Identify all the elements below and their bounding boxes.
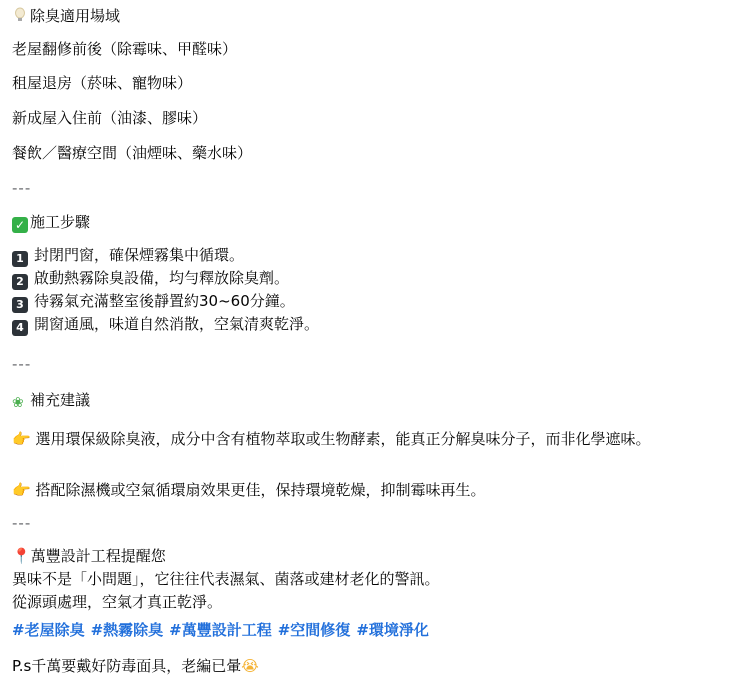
lightbulb-icon [12,7,28,23]
scenario-item: 餐飲／醫療空間（油煙味、藥水味） [12,143,252,163]
scenario-item: 老屋翻修前後（除霉味、甲醛味） [12,39,237,59]
pin-icon: 📍 [12,547,31,565]
hashtag-link[interactable]: #熱霧除臭 [91,621,164,639]
tips-heading: ❀補充建議 [12,390,90,410]
hashtag-link[interactable]: #環境淨化 [356,621,429,639]
scenario-item: 新成屋入住前（油漆、膠味） [12,108,207,128]
separator: --- [12,513,31,533]
separator: --- [12,178,31,198]
herb-icon: ❀ [12,393,28,409]
hashtag-link[interactable]: #老屋除臭 [12,621,85,639]
steps-heading: ✓施工步驟 [12,212,90,233]
check-mark-icon: ✓ [12,217,28,233]
step-item: 1封閉門窗，確保煙霧集中循環。 [12,245,244,267]
tip-item: 👉 搭配除濕機或空氣循環扇效果更佳，保持環境乾燥，抑制霉味再生。 [12,480,485,500]
number-4-icon: 4 [12,320,28,336]
hashtags: #老屋除臭#熱霧除臭#萬豐設計工程#空間修復#環境淨化 [12,620,435,640]
reminder-heading: 📍萬豐設計工程提醒您 [12,546,166,566]
pointing-hand-icon: 👉 [12,430,31,448]
number-1-icon: 1 [12,251,28,267]
ps-note: P.s千萬要戴好防毒面具，老編已暈😭 [12,656,259,676]
tip-item: 👉 選用環保級除臭液，成分中含有植物萃取或生物酵素，能真正分解臭味分子，而非化學… [12,429,717,449]
step-item: 3待霧氣充滿整室後靜置約30~60分鐘。 [12,291,295,313]
reminder-line: 從源頭處理，空氣才真正乾淨。 [12,592,222,612]
separator: --- [12,354,31,374]
scenario-item: 租屋退房（菸味、寵物味） [12,73,192,93]
hashtag-link[interactable]: #萬豐設計工程 [169,621,272,639]
number-3-icon: 3 [12,297,28,313]
crying-face-icon: 😭 [241,657,259,675]
scenarios-heading: 除臭適用場域 [12,6,120,26]
reminder-line: 異味不是「小問題」，它往往代表濕氣、菌落或建材老化的警訊。 [12,569,440,589]
pointing-hand-icon: 👉 [12,481,31,499]
hashtag-link[interactable]: #空間修復 [278,621,351,639]
number-2-icon: 2 [12,274,28,290]
step-item: 4開窗通風，味道自然消散，空氣清爽乾淨。 [12,314,319,336]
step-item: 2啟動熱霧除臭設備，均勻釋放除臭劑。 [12,268,289,290]
